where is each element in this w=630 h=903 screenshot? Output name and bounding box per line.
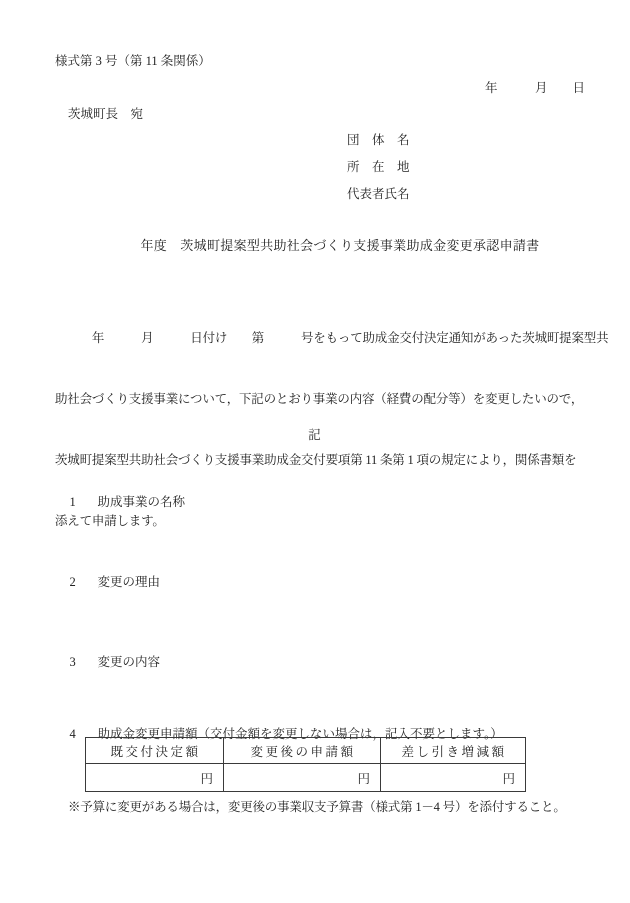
document-title: 年度 茨城町提案型共助社会づくり支援事業助成金変更承認申請書 xyxy=(0,237,630,254)
document-page: 様式第 3 号（第 11 条関係） 年 月 日 茨城町長 宛 団 体 名 所 在… xyxy=(0,0,630,903)
item-project-name: 1助成事業の名称 xyxy=(57,477,185,528)
address-label: 所 在 地 xyxy=(347,159,410,176)
form-number: 様式第 3 号（第 11 条関係） xyxy=(55,53,211,70)
table-header-row: 既交付決定額 変更後の申請額 差し引き増減額 xyxy=(86,738,526,764)
representative-name-label: 代表者氏名 xyxy=(347,186,410,203)
body-line: 助社会づくり支援事業について，下記のとおり事業の内容（経費の配分等）を変更したい… xyxy=(55,386,595,413)
organization-name-label: 団 体 名 xyxy=(347,132,410,149)
record-marker: 記 xyxy=(0,427,630,444)
header-difference-amount: 差し引き増減額 xyxy=(381,738,526,764)
cell-decided-amount-yen: 円 xyxy=(86,764,224,792)
item-label: 変更の内容 xyxy=(98,655,161,669)
item-label: 変更の理由 xyxy=(98,575,161,589)
item-number: 3 xyxy=(70,654,98,671)
item-number: 1 xyxy=(70,494,98,511)
amount-table: 既交付決定額 変更後の申請額 差し引き増減額 円 円 円 xyxy=(85,737,526,792)
body-line: 年 月 日付け 第 号をもって助成金交付決定通知があった茨城町提案型共 xyxy=(55,325,595,352)
item-change-content: 3変更の内容 xyxy=(57,637,160,688)
addressee: 茨城町長 宛 xyxy=(68,106,143,123)
table-value-row: 円 円 円 xyxy=(86,764,526,792)
footnote: ※予算に変更がある場合は，変更後の事業収支予算書（様式第 1－4 号）を添付する… xyxy=(68,799,566,816)
body-line: 茨城町提案型共助社会づくり支援事業助成金交付要項第 11 条第 1 項の規定によ… xyxy=(55,447,595,474)
cell-difference-amount-yen: 円 xyxy=(381,764,526,792)
cell-amount-after-change-yen: 円 xyxy=(224,764,381,792)
item-change-reason: 2変更の理由 xyxy=(57,557,160,608)
header-decided-amount: 既交付決定額 xyxy=(86,738,224,764)
header-amount-after-change: 変更後の申請額 xyxy=(224,738,381,764)
date-placeholder: 年 月 日 xyxy=(485,80,585,97)
item-number: 2 xyxy=(70,574,98,591)
item-label: 助成事業の名称 xyxy=(98,495,186,509)
